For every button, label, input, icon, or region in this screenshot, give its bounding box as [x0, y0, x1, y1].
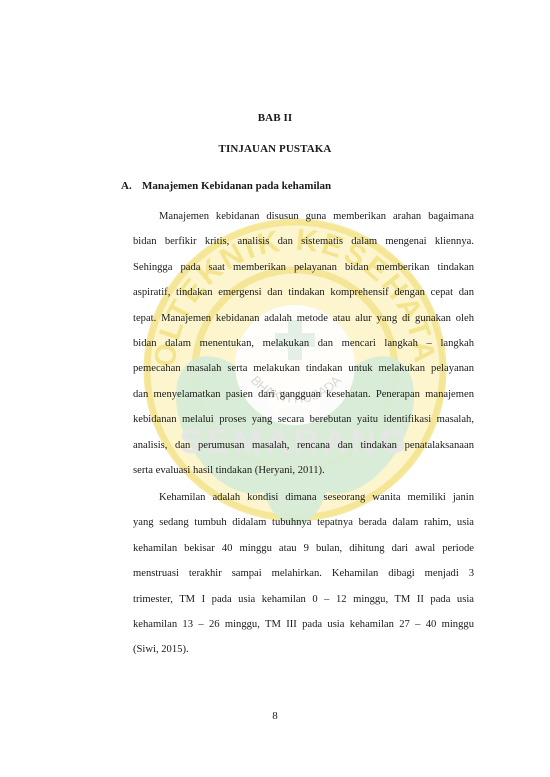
paragraph-kehamilan: Kehamilan adalah kondisi dimana seseoran… — [133, 485, 474, 663]
document-page: POLTEKNIK KESEHATAN BHAKTI HUSADA SEMARA… — [0, 0, 550, 777]
text-line: kebidanan melalui proses yang secara ber… — [133, 407, 474, 432]
text-line: kehamilan 13 – 26 minggu, TM III pada us… — [133, 612, 474, 637]
text-line: pemecahan masalah serta melakukan tindak… — [133, 356, 474, 381]
chapter-title: TINJAUAN PUSTAKA — [0, 143, 550, 155]
paragraph-manajemen-kebidanan: Manajemen kebidanan disusun guna memberi… — [133, 204, 474, 483]
text-line: analisis, dan perumusan masalah, rencana… — [133, 433, 474, 458]
chapter-heading: BAB II — [0, 112, 550, 124]
page-number: 8 — [0, 710, 550, 722]
text-line: Kehamilan adalah kondisi dimana seseoran… — [133, 485, 474, 510]
text-line: serta evaluasi hasil tindakan (Heryani, … — [133, 458, 474, 483]
text-line: trimester, TM I pada usia kehamilan 0 – … — [133, 587, 474, 612]
text-line: (Siwi, 2015). — [133, 637, 474, 662]
text-line: kehamilan bekisar 40 minggu atau 9 bulan… — [133, 536, 474, 561]
text-line: bidan dalam menentukan, melakukan dan me… — [133, 331, 474, 356]
section-number: A. — [121, 180, 142, 192]
text-line: menstruasi terakhir sampai melahirkan. K… — [133, 561, 474, 586]
section-title: Manajemen Kebidanan pada kehamilan — [142, 180, 331, 192]
text-line: Manajemen kebidanan disusun guna memberi… — [133, 204, 474, 229]
text-line: tepat. Manajemen kebidanan adalah metode… — [133, 306, 474, 331]
text-line: yang sedang tumbuh didalam tubuhnya tepa… — [133, 510, 474, 535]
text-line: Sehingga pada saat memberikan pelayanan … — [133, 255, 474, 280]
text-line: aspiratif, tindakan emergensi dan tindak… — [133, 280, 474, 305]
section-heading: A.Manajemen Kebidanan pada kehamilan — [121, 180, 331, 192]
text-line: dan menyelamatkan pasien dari gangguan k… — [133, 382, 474, 407]
text-line: bidan berfikir kritis, analisis dan sist… — [133, 229, 474, 254]
